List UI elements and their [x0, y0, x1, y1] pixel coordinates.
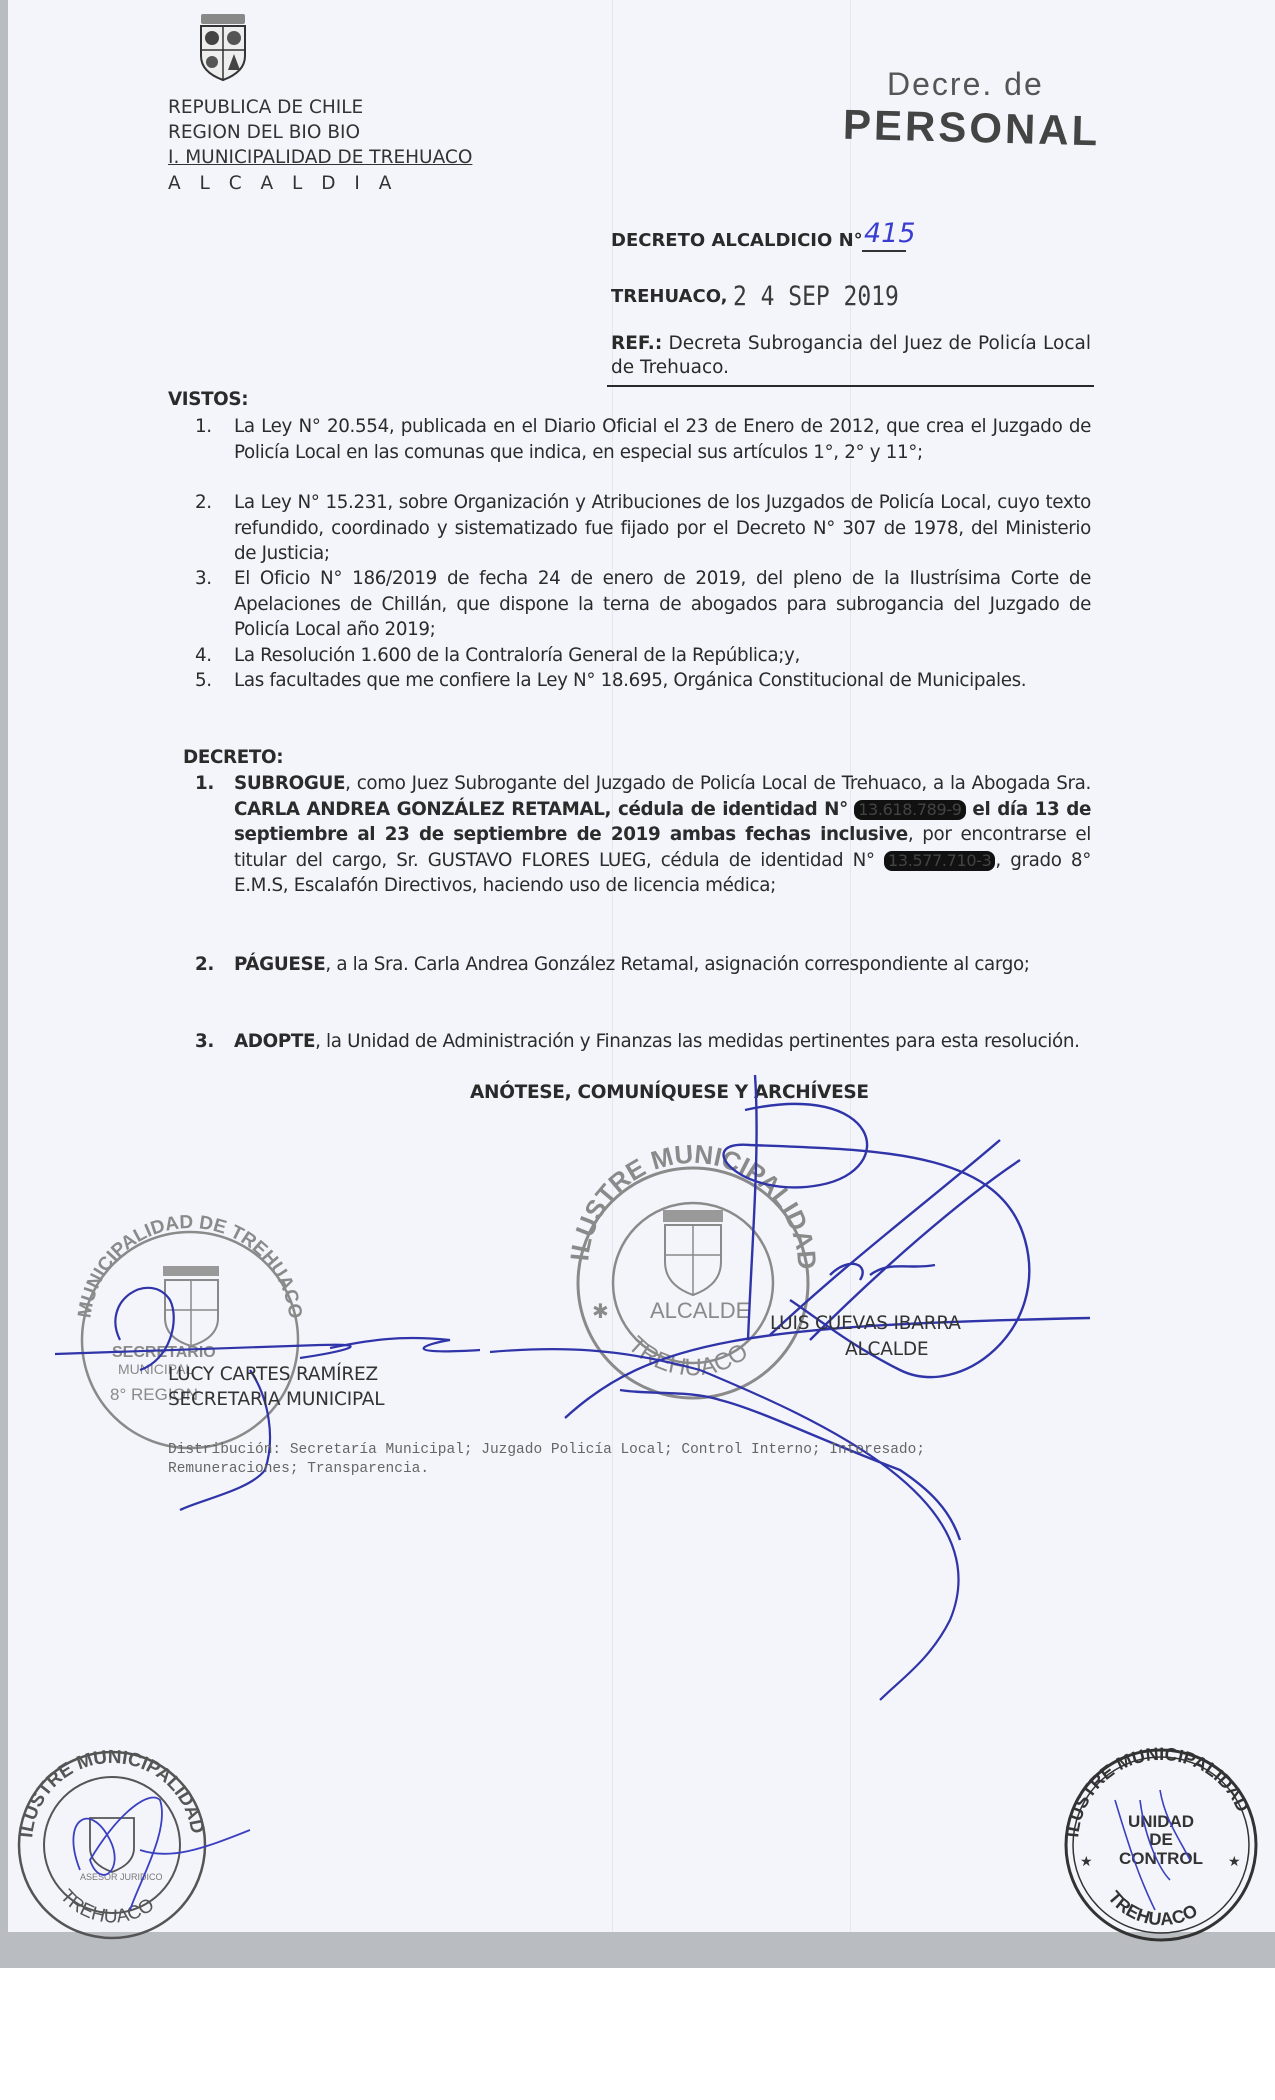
decree-number-underline: [862, 250, 906, 252]
reference-rule: [607, 385, 1094, 387]
verb-subrogue: SUBROGUE: [234, 773, 345, 794]
header-municipality: I. MUNICIPALIDAD DE TREHUACO: [168, 147, 472, 168]
vistos-item: 3. El Oficio N° 186/2019 de fecha 24 de …: [195, 566, 1091, 643]
decree-place: TREHUACO,: [611, 286, 727, 307]
secretary-title: SECRETARIA MUNICIPAL: [168, 1389, 384, 1410]
mayor-name: LUIS CUEVAS IBARRA: [770, 1313, 961, 1334]
vistos-item: 5. Las facultades que me confiere la Ley…: [195, 668, 1091, 694]
decree-date-stamp: 2 4 SEP 2019: [733, 281, 899, 312]
decreto-item-2: 2. PÁGUESE, a la Sra. Carla Andrea Gonzá…: [195, 952, 1091, 978]
decreto-item-3: 3. ADOPTE, la Unidad de Administración y…: [195, 1029, 1091, 1055]
decreto-title: DECRETO:: [183, 745, 283, 771]
header-country: REPUBLICA DE CHILE: [168, 97, 363, 118]
header-region: REGION DEL BIO BIO: [168, 122, 360, 143]
decree-number-handwritten: 415: [864, 218, 916, 249]
decree-number-label: DECRETO ALCALDICIO N°: [611, 230, 863, 251]
municipal-crest-icon: [195, 12, 251, 82]
ref-label: REF.:: [611, 333, 662, 354]
decree-reference: REF.: Decreta Subrogancia del Juez de Po…: [611, 332, 1091, 380]
distribution-line-1: Distribución: Secretaría Municipal; Juzg…: [168, 1441, 925, 1460]
redacted-id-titular: 13.577.710-3: [884, 851, 995, 871]
verb-paguese: PÁGUESE: [234, 954, 325, 975]
mayor-title: ALCALDE: [845, 1339, 928, 1360]
distribution-line-2: Remuneraciones; Transparencia.: [168, 1460, 429, 1479]
secretary-name: LUCY CARTES RAMÍREZ: [168, 1364, 378, 1385]
stamp-decree-type-top: Decre. de: [887, 66, 1044, 103]
ref-text: Decreta Subrogancia del Juez de Policía …: [611, 333, 1091, 378]
vistos-item: 4. La Resolución 1.600 de la Contraloría…: [195, 643, 1091, 669]
vistos-item: 2. La Ley N° 15.231, sobre Organización …: [195, 490, 1091, 567]
header-office: A L C A L D I A: [168, 173, 398, 194]
vistos-item: 1. La Ley N° 20.554, publicada en el Dia…: [195, 414, 1091, 465]
vistos-title: VISTOS:: [168, 387, 248, 413]
closing-formula: ANÓTESE, COMUNÍQUESE Y ARCHÍVESE: [470, 1082, 869, 1103]
appointee-name: CARLA ANDREA GONZÁLEZ RETAMAL, cédula de…: [234, 799, 848, 820]
redacted-id-appointee: 13.618.789-9: [854, 800, 965, 820]
decreto-item-1: 1. SUBROGUE, como Juez Subrogante del Ju…: [195, 771, 1091, 899]
stamp-decree-type-bottom: PERSONAL: [842, 101, 1101, 156]
verb-adopte: ADOPTE: [234, 1031, 315, 1052]
